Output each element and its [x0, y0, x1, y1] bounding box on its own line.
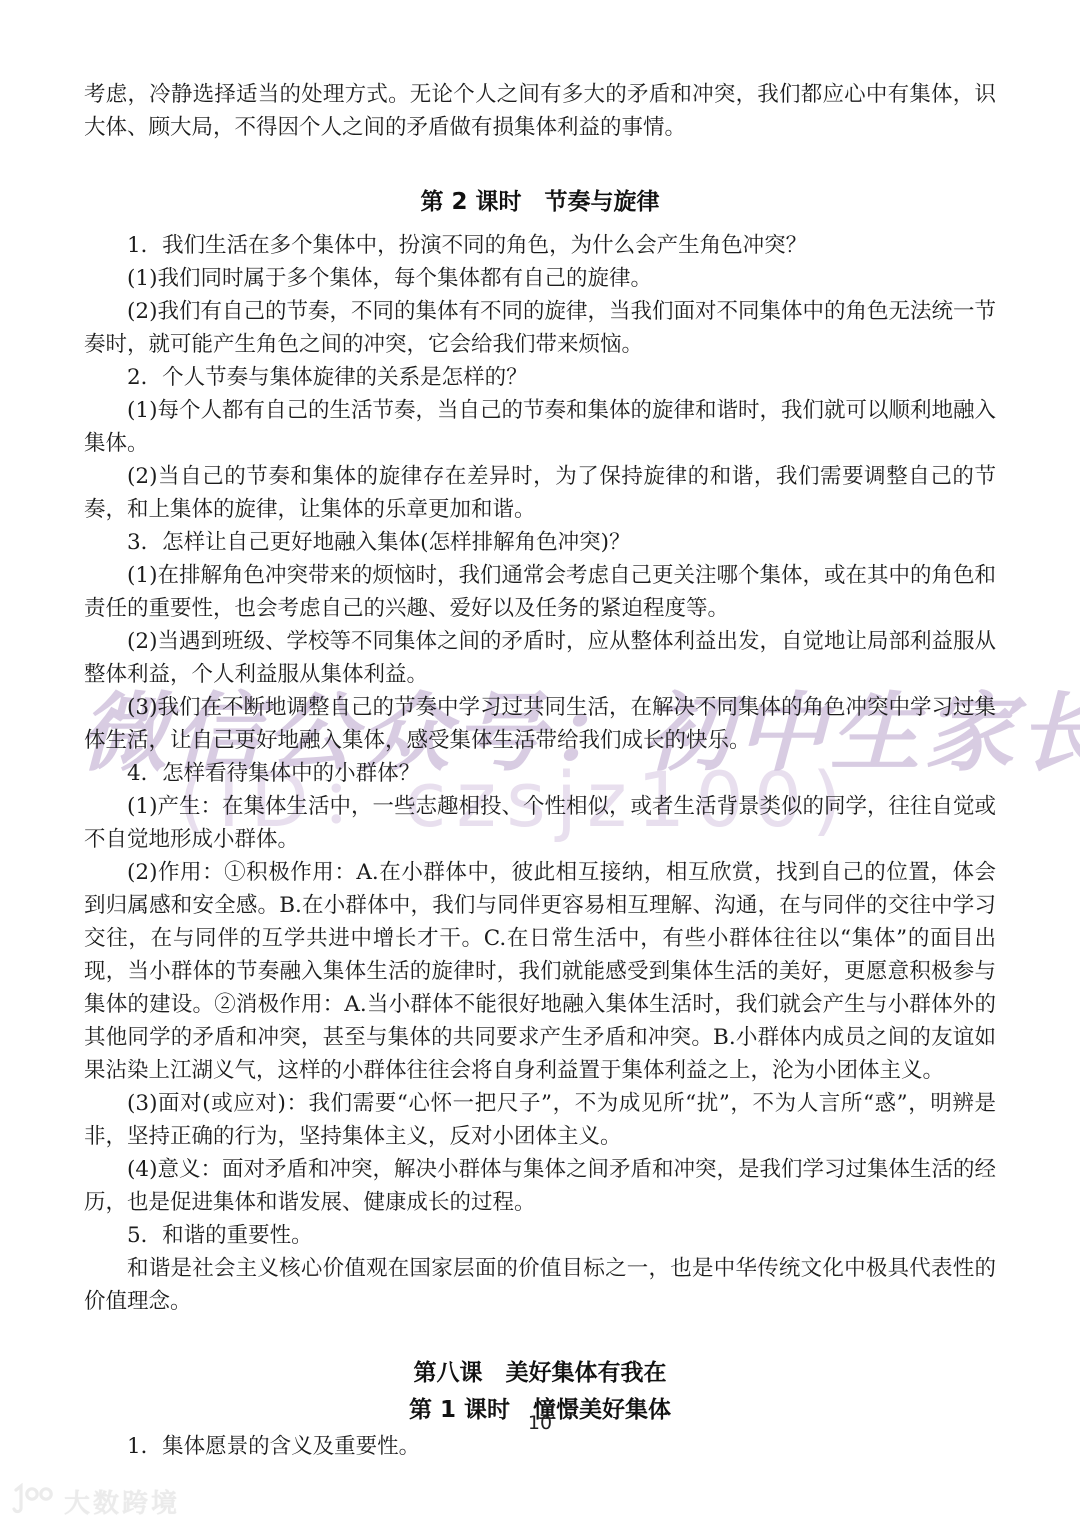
paragraph: (1)我们同时属于多个集体，每个集体都有自己的旋律。: [84, 262, 996, 295]
paragraph: 1．集体愿景的含义及重要性。: [84, 1430, 996, 1463]
paragraph: (2)当遇到班级、学校等不同集体之间的矛盾时，应从整体利益出发，自觉地让局部利益…: [84, 625, 996, 691]
paragraph: 考虑，冷静选择适当的处理方式。无论个人之间有多大的矛盾和冲突，我们都应心中有集体…: [84, 78, 996, 144]
paragraph: 1．我们生活在多个集体中，扮演不同的角色，为什么会产生角色冲突？: [84, 229, 996, 262]
logo-100-icon: [10, 1482, 56, 1520]
paragraph: 和谐是社会主义核心价值观在国家层面的价值目标之一，也是中华传统文化中极具代表性的…: [84, 1252, 996, 1318]
paragraph: 4．怎样看待集体中的小群体？: [84, 757, 996, 790]
paragraph: (2)我们有自己的节奏，不同的集体有不同的旋律，当我们面对不同集体中的角色无法统…: [84, 295, 996, 361]
page-number: 10: [0, 1412, 1080, 1434]
section-heading: 第 2 课时 节奏与旋律: [84, 186, 996, 219]
document-content: 考虑，冷静选择适当的处理方式。无论个人之间有多大的矛盾和冲突，我们都应心中有集体…: [84, 78, 996, 1463]
paragraph: (3)我们在不断地调整自己的节奏中学习过共同生活，在解决不同集体的角色冲突中学习…: [84, 691, 996, 757]
footer-logo-text: 大数跨境: [64, 1483, 180, 1520]
paragraph: (2)当自己的节奏和集体的旋律存在差异时，为了保持旋律的和谐，我们需要调整自己的…: [84, 460, 996, 526]
paragraph: (1)产生：在集体生活中，一些志趣相投、个性相似，或者生活背景类似的同学，往往自…: [84, 790, 996, 856]
paragraph: 5．和谐的重要性。: [84, 1219, 996, 1252]
paragraph: (1)在排解角色冲突带来的烦恼时，我们通常会考虑自己更关注哪个集体，或在其中的角…: [84, 559, 996, 625]
paragraph: (3)面对(或应对)：我们需要“心怀一把尺子”，不为成见所“扰”，不为人言所“惑…: [84, 1087, 996, 1153]
section-heading: 第八课 美好集体有我在: [84, 1356, 996, 1391]
paragraph: 3．怎样让自己更好地融入集体(怎样排解角色冲突)？: [84, 526, 996, 559]
paragraph: (2)作用：①积极作用：A.在小群体中，彼此相互接纳，相互欣赏，找到自己的位置，…: [84, 856, 996, 1087]
document-page: 微信公众号：初中生家长 (ID：czsjz100) 考虑，冷静选择适当的处理方式…: [0, 0, 1080, 1527]
paragraph: 2．个人节奏与集体旋律的关系是怎样的？: [84, 361, 996, 394]
footer-logo: 大数跨境: [10, 1482, 180, 1520]
paragraph: (1)每个人都有自己的生活节奏，当自己的节奏和集体的旋律和谐时，我们就可以顺利地…: [84, 394, 996, 460]
paragraph: (4)意义：面对矛盾和冲突，解决小群体与集体之间矛盾和冲突，是我们学习过集体生活…: [84, 1153, 996, 1219]
